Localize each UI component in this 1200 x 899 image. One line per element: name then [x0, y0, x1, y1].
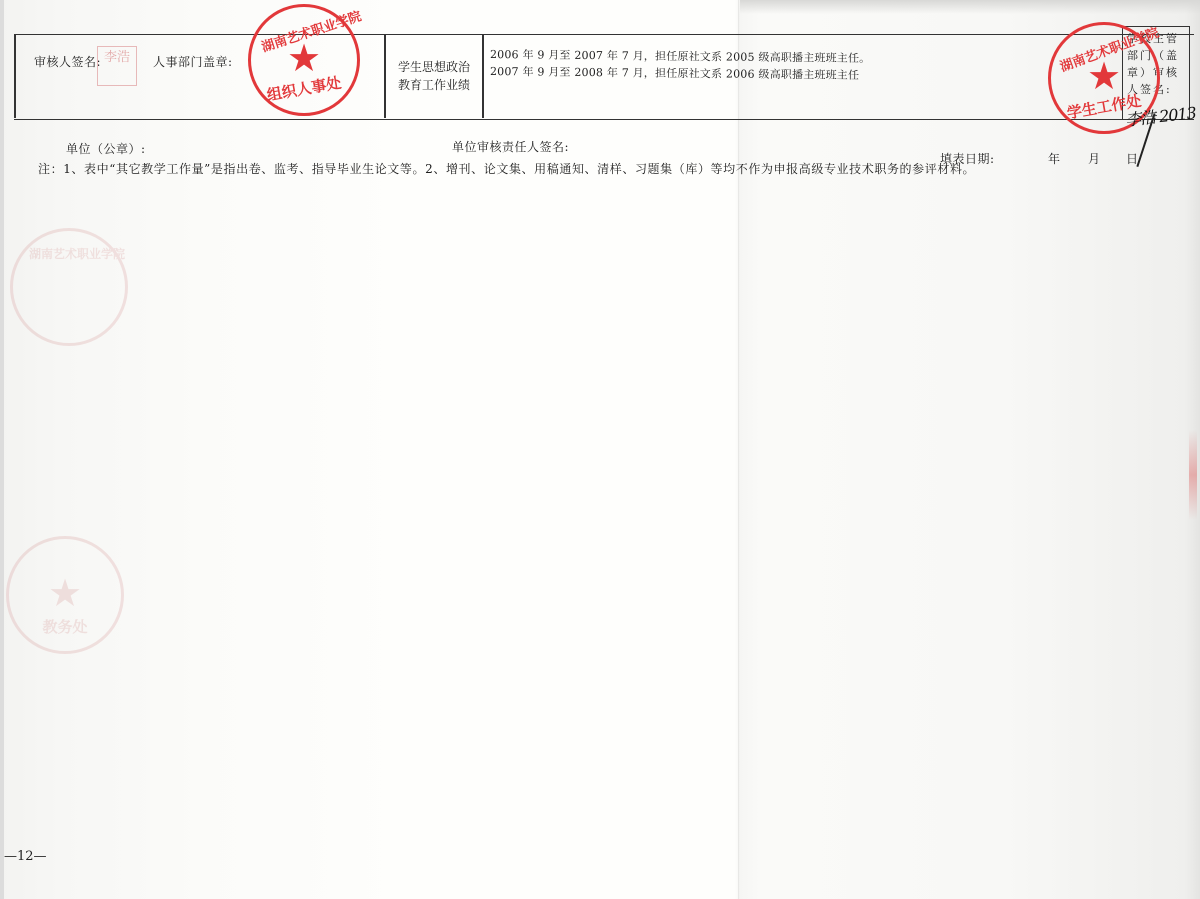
table-border-left	[14, 34, 16, 118]
reviewer-signature-label: 审核人签名:	[34, 53, 101, 70]
star-icon: ★	[1087, 57, 1121, 95]
faded-stamp-lower: ★ 教务处	[6, 536, 124, 654]
faded-stamp-text: 湖南艺术职业学院	[29, 245, 125, 262]
reviewer-seal: 李浩	[97, 46, 137, 86]
hr-stamp-label: 人事部门盖章:	[153, 53, 233, 70]
ink-smudge	[1189, 430, 1197, 520]
unit-reviewer-label: 单位审核责任人签名:	[452, 138, 569, 155]
reviewer-seal-text: 李浩	[104, 50, 130, 65]
date-day: 日	[1126, 150, 1139, 167]
document-page	[0, 0, 1200, 899]
table-divider	[384, 34, 386, 118]
paper-fold-line	[738, 0, 740, 899]
star-icon: ★	[48, 574, 82, 612]
hr-department-stamp: 湖南艺术职业学院 ★ 组织人事处	[248, 4, 360, 116]
star-icon: ★	[287, 39, 321, 77]
paper-shadow	[740, 0, 1200, 14]
page-number: —12—	[4, 849, 47, 864]
faded-stamp-text: 教务处	[42, 616, 87, 637]
page-edge	[0, 0, 4, 899]
date-month: 月	[1088, 150, 1101, 167]
footnote: 注：1、表中“其它教学工作量”是指出卷、监考、指导毕业生论文等。2、增刊、论文集…	[38, 160, 975, 177]
date-year: 年	[1048, 150, 1061, 167]
unit-seal-label: 单位（公章）:	[66, 140, 146, 157]
political-work-label: 学生思想政治教育工作业绩	[398, 58, 478, 94]
hr-stamp-bottom-text: 组织人事处	[265, 72, 343, 106]
table-divider	[482, 34, 484, 118]
faded-stamp-upper: 湖南艺术职业学院	[10, 228, 128, 346]
